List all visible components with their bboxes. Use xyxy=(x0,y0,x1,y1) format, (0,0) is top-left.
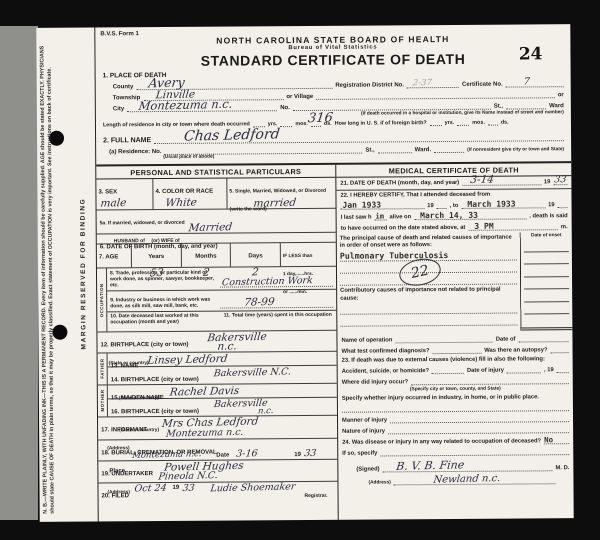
marital-entry: married xyxy=(253,197,297,210)
accident-field xyxy=(432,365,464,373)
occupation-side-label-cell: OCCUPATION xyxy=(97,268,107,331)
age-years-cell: Years 53 xyxy=(131,244,181,267)
circled-code-value: 22 xyxy=(410,262,431,281)
street-no-field xyxy=(293,102,491,111)
industry-field: 78-99 xyxy=(220,300,333,309)
total-time-label: 11. Total time (years) spent in this occ… xyxy=(224,312,334,329)
mother-content: 15. MAIDEN NAME Rachel Davis 16. BIRTHPL… xyxy=(108,384,337,417)
from-19-label: 19 xyxy=(427,203,433,209)
father-birthplace-label: 14. BIRTHPLACE (city or town) xyxy=(111,377,199,384)
us-ds-field xyxy=(488,118,498,126)
date-of-onset-column: Date of onset xyxy=(520,232,573,330)
form-number: B.V.S. Form 1 xyxy=(100,31,139,37)
residence-label: (a) Residence: No. xyxy=(109,149,161,155)
manner-label: Manner of injury xyxy=(342,417,387,423)
filed-label: 20. FILED xyxy=(102,493,129,499)
certificate-no-label: Certificate No. xyxy=(462,82,503,88)
specify-city-note: (Specify city or town, county, and State… xyxy=(410,386,501,392)
certificate-no-field: 7 xyxy=(506,79,564,87)
birthplace-state-entry: n.c. xyxy=(217,340,238,352)
onset-line xyxy=(524,239,569,252)
to-label: , to xyxy=(450,203,459,209)
certificate-no-entry: 7 xyxy=(523,76,530,87)
dod-year-entry: 33 xyxy=(554,174,567,185)
industry-row: 9. Industry or business in which work wa… xyxy=(107,290,336,313)
occupation-block: OCCUPATION 8. Trade, profession, or part… xyxy=(97,267,336,333)
sex-entry: male xyxy=(100,197,127,210)
if-less-cell: IF LESS than 1 day,......hrs. or ......m… xyxy=(280,243,336,266)
burial-date-label: Date xyxy=(216,453,229,459)
res-mos-field xyxy=(280,119,292,127)
principal-cause-label: The principal cause of death and related… xyxy=(340,234,517,251)
occupation-related-field: No xyxy=(544,436,569,444)
occupation-related-entry: No xyxy=(544,435,553,444)
registrar-label: Registrar. xyxy=(304,493,327,499)
birthplace-row: 12. BIRTHPLACE (city or town) Bakersvill… xyxy=(97,331,336,354)
pronoun-field: im xyxy=(375,212,387,220)
death-is-said-label: , death is said xyxy=(529,213,567,219)
residence-st-field xyxy=(378,145,412,153)
how-long-us-label: How long in U. S. if of foreign birth? xyxy=(335,120,427,127)
signed-address-row: (Address) Newland n.c. xyxy=(338,473,573,488)
us-mos-label: mos. xyxy=(472,120,485,126)
signed-address-entry: Newland n.c. xyxy=(433,473,501,486)
years-label: Years xyxy=(148,254,164,260)
operation-date-field xyxy=(518,334,568,342)
county-label: County xyxy=(113,84,134,90)
if-so-row: If so, specify xyxy=(338,446,573,459)
certificate-paper: N. B.—WRITE PLAINLY, WITH UNFADING INK—T… xyxy=(36,24,573,522)
contributory-label: Contributory causes of importance not re… xyxy=(340,285,517,303)
cause-main: The principal cause of death and related… xyxy=(337,232,521,331)
sex-color-marital-row: 3. SEX male 4. COLOR OR RACE White 5. Si… xyxy=(96,178,335,211)
onset-line xyxy=(524,289,569,302)
last-worked-row: 10. Date deceased last worked at this oc… xyxy=(107,311,336,332)
industry-entry: 78-99 xyxy=(243,296,275,309)
age-label: 7. AGE xyxy=(99,254,118,260)
to-19-label: 19 xyxy=(548,202,554,208)
dod-19-label: 19 xyxy=(544,179,550,185)
residence-ward-field xyxy=(434,145,464,153)
registration-district-field: 2-37 xyxy=(407,80,459,88)
where-injury-field xyxy=(411,376,569,385)
burial-place-entry: Montezuma n.c. xyxy=(132,449,202,461)
physician-signature: B. V. B. Fine xyxy=(396,458,466,473)
margin-binding-text: MARGIN RESERVED FOR BINDING xyxy=(78,44,88,504)
husband-wife-entry: Married xyxy=(188,221,233,234)
operation-field xyxy=(395,334,493,343)
occupation-related-label: 24. Was disease or injury in any way rel… xyxy=(342,438,541,445)
specify-blank-field xyxy=(342,403,569,413)
nonresident-note: (If nonresident give city or town and St… xyxy=(467,147,564,153)
undertaker-row: 19. UNDERTAKER Powell Hughes (Address) P… xyxy=(98,460,337,484)
full-name-row: 2. FULL NAME Chas Ledford xyxy=(103,129,564,144)
color-entry: White xyxy=(165,196,198,209)
date-of-death-label: 21. DATE OF DEATH (month, day, and year) xyxy=(340,180,459,187)
father-birthplace-entry: Bakersville N.C. xyxy=(213,366,292,379)
mother-side-label-cell: MOTHER xyxy=(98,385,108,416)
last-saw-pre-label: I last saw h xyxy=(341,215,372,221)
signed-label: (Signed) xyxy=(356,466,379,472)
residence-no-field xyxy=(164,146,362,155)
city-label: City xyxy=(113,106,124,112)
medical-certificate-column: MEDICAL CERTIFICATE OF DEATH 21. DATE OF… xyxy=(336,163,573,522)
if-so-label: If so, specify xyxy=(342,450,377,456)
registration-district-entry: 2-37 xyxy=(412,78,432,88)
hour-entry: 3 PM xyxy=(474,222,493,231)
color-label: 4. COLOR OR RACE xyxy=(155,189,213,195)
dod-year-field: 33 xyxy=(553,177,567,185)
if-less-label-1: IF LESS than xyxy=(283,254,313,259)
mother-block: MOTHER 15. MAIDEN NAME Rachel Davis 16. … xyxy=(98,384,337,418)
informant-address-entry: Montezuma n.c. xyxy=(165,427,244,440)
age-months-cell: Months 2 xyxy=(180,244,230,267)
external-causes-label: 23. If death was due to external causes … xyxy=(342,356,545,363)
specify-place-label: Specify whether injury occurred in indus… xyxy=(342,394,539,401)
us-yrs-field xyxy=(430,118,442,126)
industry-label: 9. Industry or business in which work wa… xyxy=(110,297,218,310)
onset-line xyxy=(524,264,569,277)
onset-line xyxy=(524,277,569,290)
filed-date-entry: Oct 24 xyxy=(134,483,167,495)
village-field xyxy=(316,90,555,100)
form-header: B.V.S. Form 1 NORTH CAROLINA STATE BOARD… xyxy=(95,24,570,71)
burial-year-entry: 33 xyxy=(304,448,317,459)
birthplace-label: 12. BIRTHPLACE (city or town) xyxy=(100,342,188,349)
from-year-field xyxy=(437,201,447,209)
us-ds-label: ds. xyxy=(501,120,509,126)
certify-label: 22. I HEREBY CERTIFY, That I attended de… xyxy=(340,192,490,199)
margin-instructions-text: N. B.—WRITE PLAINLY, WITH UNFADING INK—T… xyxy=(39,34,57,514)
burial-19-label: 19 xyxy=(294,452,301,458)
personal-particulars-column: PERSONAL AND STATISTICAL PARTICULARS 3. … xyxy=(96,165,338,522)
autopsy-field xyxy=(551,345,569,353)
last-saw-entry: March 14, 33 xyxy=(420,211,478,220)
to-year-field xyxy=(558,200,568,208)
date-of-death-field: 3-14 xyxy=(462,177,541,186)
burial-date-entry: 3-16 xyxy=(236,448,259,460)
residence-ward-label: Ward. xyxy=(415,147,431,153)
attended-to-field: March 1933 xyxy=(461,200,545,209)
date-of-injury-label: Date of injury xyxy=(467,367,504,373)
undertaker-address-entry: Pineola N.C. xyxy=(158,470,219,482)
age-days-cell: Days 2 xyxy=(230,243,280,266)
filed-19-label: 19 xyxy=(172,485,179,491)
signature-field: B. V. B. Fine xyxy=(383,460,553,472)
city-field: Montezuma n.c. xyxy=(127,103,277,112)
autopsy-label: Was there an autopsy? xyxy=(484,347,547,353)
or-label: or xyxy=(558,92,564,98)
informant-row: 17. INFORMANT Mrs Chas Ledford (Address)… xyxy=(98,416,337,441)
us-mos-field xyxy=(457,118,469,126)
abode-note: (Usual place of abode) xyxy=(163,155,214,160)
age-row: 7. AGE Years 53 Months 2 Days 2 xyxy=(97,243,336,269)
mother-birthplace-label: 16. BIRTHPLACE (city or town) xyxy=(111,409,199,416)
signed-address-label: (Address) xyxy=(368,480,390,485)
date-of-death-entry: 3-14 xyxy=(469,173,494,186)
trade-label: 8. Trade, profession, or particular kind… xyxy=(110,270,218,289)
father-birthplace-row: 14. BIRTHPLACE (city or town) Bakersvill… xyxy=(108,366,337,385)
us-yrs-label: yrs. xyxy=(445,120,455,126)
attended-to-entry: March 1933 xyxy=(467,200,515,209)
filed-year-entry: 33 xyxy=(182,483,195,494)
mother-side-label: MOTHER xyxy=(100,390,105,412)
sex-label: 3. SEX xyxy=(98,189,117,195)
certificate-title: STANDARD CERTIFICATE OF DEATH xyxy=(95,50,570,69)
date-of-label: Date of xyxy=(496,336,516,342)
injury-19-label: , 19 xyxy=(544,367,554,373)
place-of-death-section: 316 1. PLACE OF DEATH County Avery Regis… xyxy=(96,69,572,160)
if-so-field xyxy=(380,447,569,456)
injury-date-field xyxy=(507,365,541,373)
m-label: m. xyxy=(561,224,568,230)
marital-cell: 5. Single, Married, Widowed, or Divorced… xyxy=(226,178,335,209)
signed-address-field: Newland n.c. xyxy=(394,474,556,485)
stamp-number: 24 xyxy=(519,44,543,64)
full-name-label: 2. FULL NAME xyxy=(103,137,151,144)
certificate-columns: PERSONAL AND STATISTICAL PARTICULARS 3. … xyxy=(96,161,573,522)
manner-field xyxy=(390,414,569,423)
trade-entry: Construction Work xyxy=(221,275,313,288)
color-cell: 4. COLOR OR RACE White xyxy=(152,179,226,210)
onset-line xyxy=(524,252,569,265)
cause-of-death-block: The principal cause of death and related… xyxy=(337,232,573,331)
test-label: What test confirmed diagnosis? xyxy=(342,348,430,355)
length-of-residence-row: Length of residence in city or town wher… xyxy=(103,117,564,128)
registrar-signature: Ludie Shoemaker xyxy=(210,481,296,494)
or-village-label: or Village xyxy=(286,94,313,100)
nature-label: Nature of injury xyxy=(342,428,385,434)
trade-row: 8. Trade, profession, or particular kind… xyxy=(107,267,336,292)
registration-district-label: Registration District No. xyxy=(335,82,404,88)
last-saw-field: March 14, 33 xyxy=(414,211,526,220)
alive-on-label: alive on xyxy=(390,214,412,220)
occurred-label: to have occurred on the date stated abov… xyxy=(341,225,466,232)
nature-field xyxy=(388,425,569,434)
trade-field: Construction Work xyxy=(220,279,333,288)
attended-from-field: Jan 1933 xyxy=(341,201,425,210)
days-label: Days xyxy=(248,253,262,259)
husband-wife-label: 5a. If married, widowed, or divorced xyxy=(100,220,185,227)
father-name-entry: Linsey Ledford xyxy=(147,353,228,367)
full-name-field: Chas Ledford xyxy=(154,129,564,144)
mother-name-entry: Rachel Davis xyxy=(169,385,240,399)
husband-wife-row: 5a. If married, widowed, or divorced HUS… xyxy=(97,209,336,235)
city-entry: Montezuma n.c. xyxy=(138,97,233,113)
mother-birthplace-row: 16. BIRTHPLACE (city or town) Bakersvill… xyxy=(108,398,337,417)
md-label: M. D. xyxy=(555,465,569,471)
last-worked-label: 10. Date deceased last worked at this oc… xyxy=(110,313,220,330)
street-label: St., xyxy=(494,104,503,110)
onset-line xyxy=(524,314,569,327)
scan-left-gray-band xyxy=(0,26,38,520)
injury-year-field xyxy=(557,365,569,373)
test-field xyxy=(432,345,481,353)
pronoun-entry: im xyxy=(376,212,384,220)
hour-field: 3 PM xyxy=(468,222,558,231)
where-injury-label: Where did injury occur? xyxy=(342,379,408,385)
mother-birthplace-state-entry: n.c. xyxy=(257,406,274,416)
sex-cell: 3. SEX male xyxy=(96,179,152,209)
onset-line xyxy=(524,302,569,315)
operation-label: Name of operation xyxy=(341,337,392,343)
father-content: 13. NAME Linsey Ledford 14. BIRTHPLACE (… xyxy=(108,352,337,385)
township-label: Township xyxy=(113,95,141,101)
father-side-label: FATHER xyxy=(100,359,105,379)
father-block: FATHER 13. NAME Linsey Ledford 14. BIRTH… xyxy=(98,352,337,386)
months-label: Months xyxy=(195,254,216,260)
certificate-form: B.V.S. Form 1 NORTH CAROLINA STATE BOARD… xyxy=(94,24,573,521)
residence-st-label: St., xyxy=(365,148,374,154)
burial-row: 18. BURIAL, CREMATION, OR REMOVAL Place … xyxy=(98,439,337,462)
occurred-row: to have occurred on the date stated abov… xyxy=(337,221,572,234)
occupation-content: 8. Trade, profession, or particular kind… xyxy=(107,267,336,332)
scanned-certificate-page: N. B.—WRITE PLAINLY, WITH UNFADING INK—T… xyxy=(0,0,600,540)
age-cell: 7. AGE xyxy=(97,244,131,267)
ward-label: Ward xyxy=(549,103,564,109)
accident-label: Accident, suicide, or homicide? xyxy=(342,368,429,375)
street-no-label: No. xyxy=(280,105,290,111)
occupation-side-label: OCCUPATION xyxy=(99,283,104,317)
street-field xyxy=(506,101,546,109)
undertaker-label: 19. UNDERTAKER xyxy=(101,471,153,477)
contrib-line-2 xyxy=(340,313,517,326)
res-ds-field xyxy=(311,119,321,127)
filed-row: 20. FILED Oct 24 19 33 Ludie Shoemaker R… xyxy=(98,482,337,501)
full-name-entry: Chas Ledford xyxy=(183,126,281,144)
hospital-note: (If death occurred in a hospital or inst… xyxy=(361,110,564,116)
informant-label: 17. INFORMANT xyxy=(101,427,147,433)
attended-from-entry: Jan 1933 xyxy=(342,200,381,209)
